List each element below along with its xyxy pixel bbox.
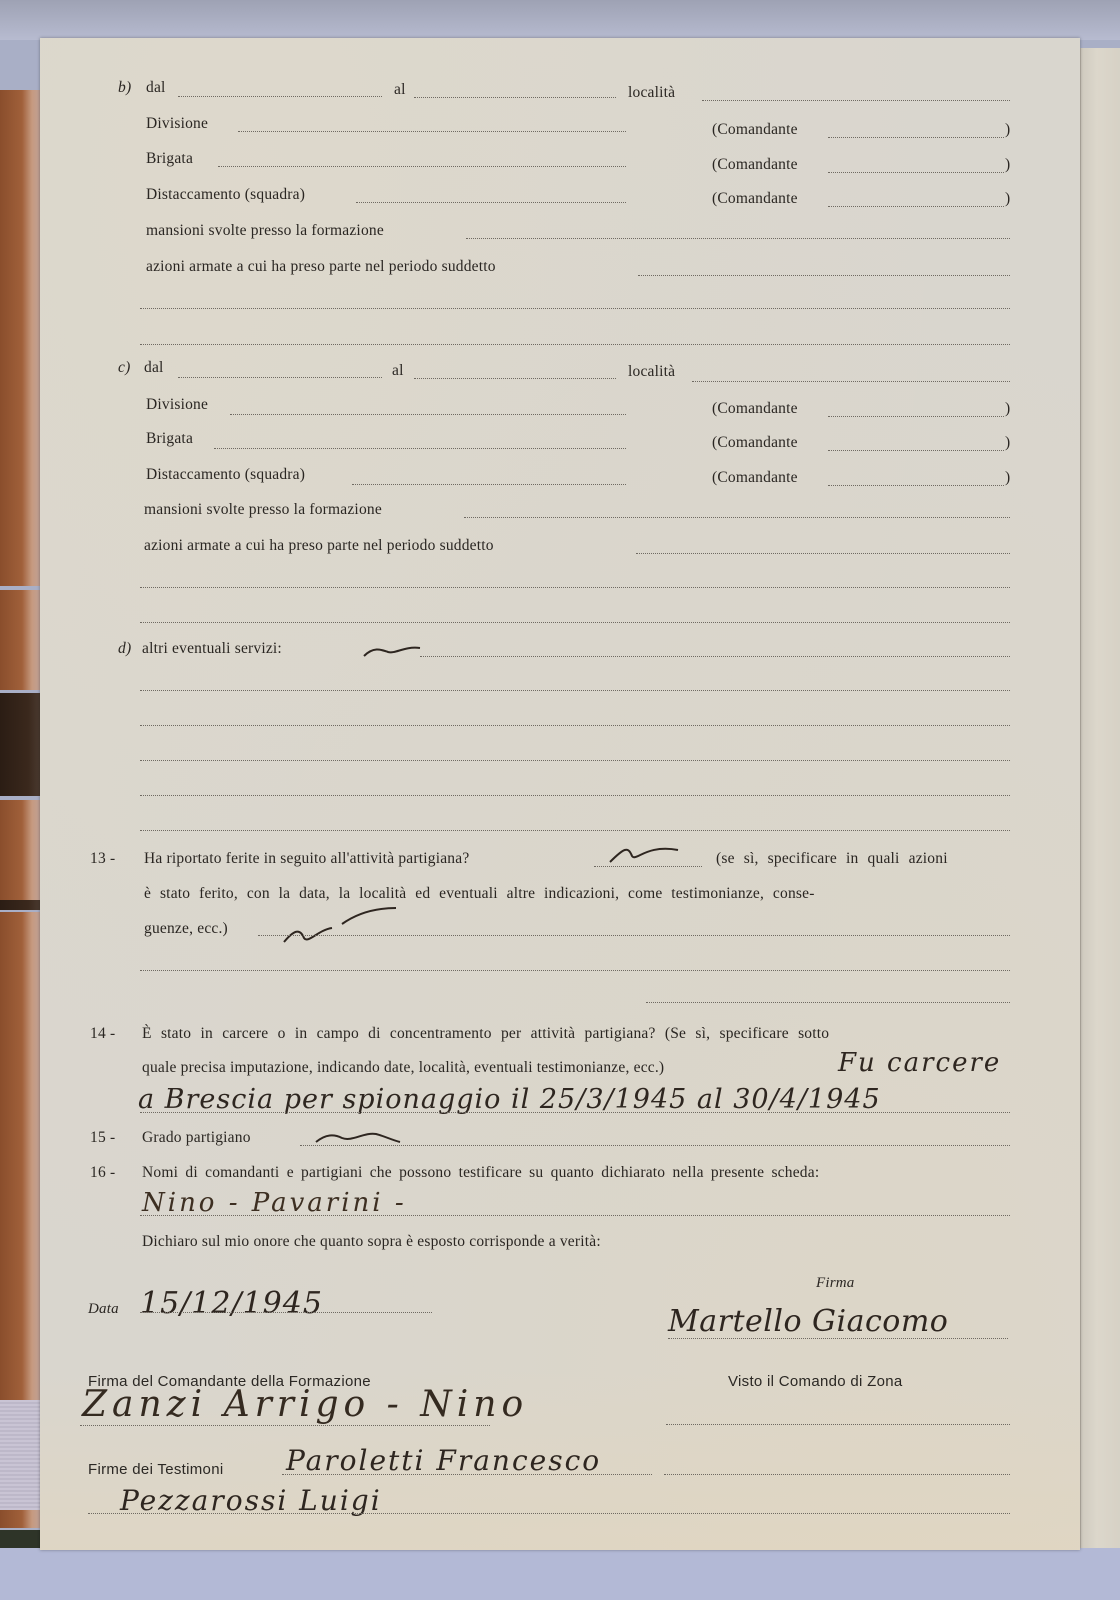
section-c-mansioni-field[interactable] [464, 517, 1010, 518]
section-c-al-field[interactable] [414, 378, 616, 379]
section-b-azioni-line-2[interactable] [140, 308, 1010, 309]
q14-answer-field[interactable] [140, 1112, 1010, 1113]
section-c-divisione-label: Divisione [146, 396, 208, 414]
section-c-azioni-line-2[interactable] [140, 587, 1010, 588]
section-b-distaccamento-field[interactable] [356, 202, 626, 203]
q13-details-line-3[interactable] [646, 1002, 1010, 1003]
section-d-line-2[interactable] [140, 690, 1010, 691]
q13-number: 13 - [90, 850, 115, 868]
section-c-dal-field[interactable] [178, 377, 382, 378]
q13-question-line3: guenze, ecc.) [144, 920, 228, 938]
witness-2-field[interactable] [88, 1513, 1010, 1514]
commander-signature-field[interactable] [80, 1425, 490, 1426]
section-b-marker: b) [118, 79, 131, 97]
section-b-dal-field[interactable] [178, 96, 382, 97]
section-d-label: altri eventuali servizi: [142, 640, 282, 658]
close-paren: ) [1005, 400, 1010, 418]
section-b-al-field[interactable] [414, 97, 616, 98]
section-c-distaccamento-field[interactable] [352, 484, 626, 485]
section-b-divisione-label: Divisione [146, 115, 208, 133]
witness-1-signature: Paroletti Francesco [286, 1444, 601, 1477]
background-top [0, 0, 1120, 40]
section-b-azioni-line-3[interactable] [140, 344, 1010, 345]
section-b-mansioni-field[interactable] [466, 238, 1010, 239]
q13-question: Ha riportato ferite in seguito all'attiv… [144, 850, 469, 868]
q16-field[interactable] [140, 1215, 1010, 1216]
section-b-divisione-comandante-field[interactable] [828, 137, 1004, 138]
binder-spine [0, 90, 40, 1550]
q14-answer-part2: a Brescia per spionaggio il 25/3/1945 al… [138, 1084, 881, 1115]
section-c-azioni-label: azioni armate a cui ha preso parte nel p… [144, 537, 494, 555]
q15-field[interactable] [300, 1145, 1010, 1146]
section-b-divisione-comandante-label: (Comandante [712, 121, 798, 139]
section-b-brigata-comandante-label: (Comandante [712, 156, 798, 174]
section-d-line-6[interactable] [140, 830, 1010, 831]
section-c-brigata-label: Brigata [146, 430, 193, 448]
q16-answer: Nino - Pavarini - [142, 1188, 407, 1218]
section-b-mansioni-label: mansioni svolte presso la formazione [146, 222, 384, 240]
adjacent-page-edge [1080, 48, 1120, 1548]
section-b-azioni-label: azioni armate a cui ha preso parte nel p… [146, 258, 496, 276]
q13-details-field[interactable] [258, 935, 1010, 936]
section-b-dal-label: dal [146, 79, 166, 97]
section-d-field[interactable] [420, 656, 1010, 657]
q13-answer-no [600, 840, 684, 866]
date-value: 15/12/1945 [140, 1286, 323, 1321]
section-d-line-5[interactable] [140, 795, 1010, 796]
close-paren: ) [1005, 121, 1010, 139]
section-d-answer-dash [360, 640, 426, 662]
close-paren: ) [1005, 190, 1010, 208]
section-c-divisione-comandante-field[interactable] [828, 416, 1004, 417]
witnesses-label: Firme dei Testimoni [88, 1461, 223, 1478]
witness-1-field[interactable] [282, 1474, 652, 1475]
section-b-brigata-label: Brigata [146, 150, 193, 168]
q14-number: 14 - [90, 1025, 115, 1043]
section-b-distaccamento-label: Distaccamento (squadra) [146, 186, 305, 204]
section-c-dal-label: dal [144, 359, 164, 377]
signature-value: Martello Giacomo [668, 1304, 948, 1339]
section-c-distaccamento-comandante-label: (Comandante [712, 469, 798, 487]
section-c-brigata-field[interactable] [214, 448, 626, 449]
section-c-brigata-comandante-field[interactable] [828, 450, 1004, 451]
date-field[interactable] [140, 1312, 432, 1313]
q13-details-answer-no [278, 904, 406, 948]
section-b-brigata-comandante-field[interactable] [828, 172, 1004, 173]
section-c-mansioni-label: mansioni svolte presso la formazione [144, 501, 382, 519]
section-d-line-4[interactable] [140, 760, 1010, 761]
section-c-localita-label: località [628, 363, 675, 381]
section-c-distaccamento-label: Distaccamento (squadra) [146, 466, 305, 484]
section-c-divisione-comandante-label: (Comandante [712, 400, 798, 418]
close-paren: ) [1005, 434, 1010, 452]
q13-question-line2: è stato ferito, con la data, la località… [144, 885, 815, 903]
section-c-distaccamento-comandante-field[interactable] [828, 485, 1004, 486]
section-c-azioni-field[interactable] [636, 553, 1010, 554]
zone-command-signature-field[interactable] [666, 1424, 1010, 1425]
section-b-brigata-field[interactable] [218, 166, 626, 167]
q14-question: È stato in carcere o in campo di concent… [142, 1025, 829, 1043]
section-d-line-3[interactable] [140, 725, 1010, 726]
section-d-marker: d) [118, 640, 131, 658]
q16-number: 16 - [90, 1164, 115, 1182]
close-paren: ) [1005, 156, 1010, 174]
section-b-localita-label: località [628, 84, 675, 102]
section-c-marker: c) [118, 359, 130, 377]
q16-label: Nomi di comandanti e partigiani che poss… [142, 1164, 819, 1182]
declaration-text: Dichiaro sul mio onore che quanto sopra … [142, 1233, 601, 1251]
q15-label: Grado partigiano [142, 1129, 251, 1147]
q13-question-rest: (se sì, specificare in quali azioni [716, 850, 948, 868]
section-b-azioni-field[interactable] [638, 275, 1010, 276]
section-b-distaccamento-comandante-label: (Comandante [712, 190, 798, 208]
zone-command-label: Visto il Comando di Zona [728, 1373, 903, 1390]
q13-answer-field[interactable] [594, 866, 702, 867]
date-label: Data [88, 1301, 119, 1318]
section-b-al-label: al [394, 81, 406, 99]
section-c-localita-field[interactable] [692, 381, 1010, 382]
section-b-distaccamento-comandante-field[interactable] [828, 206, 1004, 207]
signature-field[interactable] [668, 1338, 1008, 1339]
section-b-localita-field[interactable] [702, 100, 1010, 101]
q13-details-line-2[interactable] [140, 970, 1010, 971]
q14-answer-part1: Fu carcere [838, 1048, 1001, 1078]
section-c-divisione-field[interactable] [230, 414, 626, 415]
signature-label: Firma [816, 1275, 855, 1292]
close-paren: ) [1005, 469, 1010, 487]
section-c-al-label: al [392, 362, 404, 380]
background-bottom [0, 1548, 1120, 1600]
section-c-azioni-line-3[interactable] [140, 622, 1010, 623]
commander-signature: Zanzi Arrigo - Nino [82, 1384, 528, 1425]
q14-question-line2: quale precisa imputazione, indicando dat… [142, 1059, 664, 1077]
witness-2-field-right[interactable] [664, 1474, 1010, 1475]
section-b-divisione-field[interactable] [238, 131, 626, 132]
q15-number: 15 - [90, 1129, 115, 1147]
section-c-brigata-comandante-label: (Comandante [712, 434, 798, 452]
